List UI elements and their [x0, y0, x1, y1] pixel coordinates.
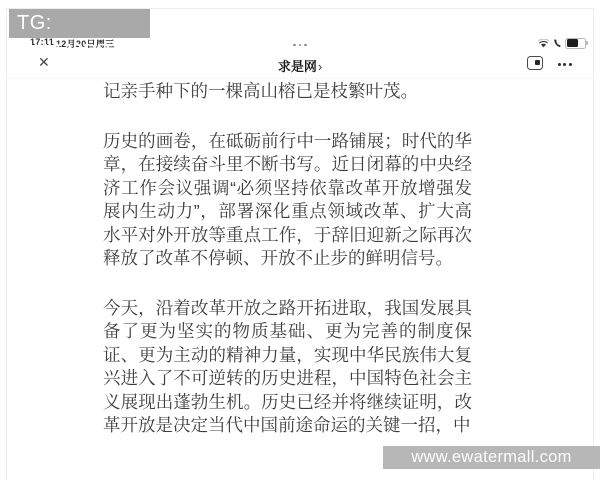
article-body: 记亲手种下的一棵高山榕已是枝繁叶茂。 历史的画卷，在砥砺前行中一路铺展；时代的华…	[103, 80, 472, 464]
site-watermark: www.ewatermall.com	[383, 446, 600, 469]
phone-screenshot: 17:11 12月20日周三 ✕ 求是网›	[0, 0, 600, 480]
chevron-right-icon: ›	[318, 59, 322, 74]
article-paragraph: 历史的画卷，在砥砺前行中一路铺展；时代的华章，在接续奋斗里不断书写。近日闭幕的中…	[103, 130, 472, 271]
floating-window-icon[interactable]	[527, 56, 543, 70]
tg-watermark: TG: MYYJJPP	[9, 9, 150, 38]
article-paragraph: 记亲手种下的一棵高山榕已是枝繁叶茂。	[103, 80, 472, 104]
article-paragraph: 今天，沿着改革开放之路开拓进取，我国发展具备了更为坚实的物质基础、更为完善的制度…	[103, 297, 472, 438]
more-icon[interactable]	[557, 62, 573, 66]
source-label: 求是网	[278, 59, 317, 74]
